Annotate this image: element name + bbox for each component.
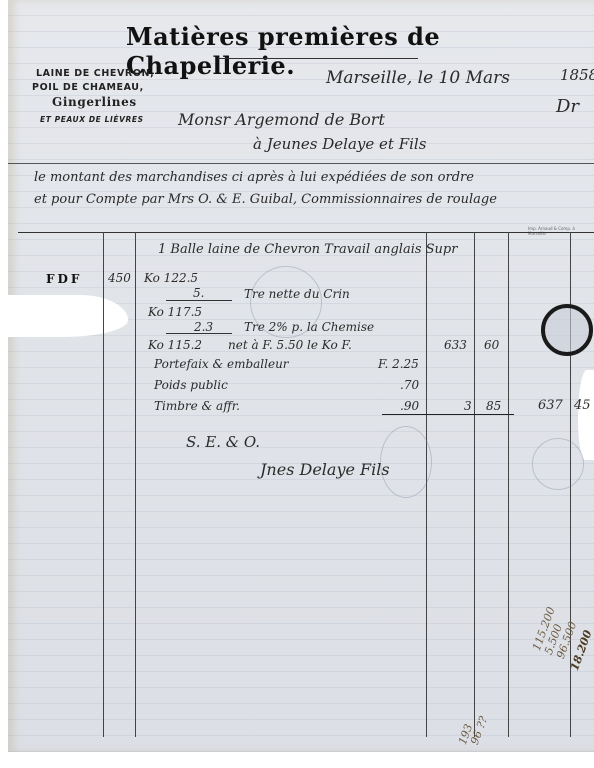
product-2: POIL DE CHAMEAU, bbox=[32, 82, 144, 93]
qty: 2.3 bbox=[194, 320, 213, 334]
col-line bbox=[103, 232, 104, 737]
note: Tre 2% p. la Chemise bbox=[244, 320, 374, 334]
product-1: LAINE DE CHEVRON, bbox=[36, 68, 154, 79]
note: net à F. 5.50 le Ko F. bbox=[228, 338, 352, 352]
closing: S. E. & O. bbox=[186, 433, 260, 451]
col-line bbox=[508, 232, 509, 737]
sum-rule bbox=[166, 333, 232, 334]
title-rule bbox=[218, 58, 418, 59]
charge-value: .90 bbox=[400, 399, 419, 413]
charge-label: Poids public bbox=[154, 378, 228, 392]
qty: Ko 115.2 bbox=[148, 338, 202, 352]
charge-value: F. 2.25 bbox=[378, 357, 419, 371]
body-line-2: et pour Compte par Mrs O. & E. Guibal, C… bbox=[34, 192, 497, 207]
col-line bbox=[474, 232, 475, 737]
qty: 5. bbox=[193, 286, 204, 300]
total-c: 45 bbox=[574, 398, 591, 413]
debit-mark: Dr bbox=[556, 96, 579, 117]
invoice-paper: Matières premières de Chapellerie. LAINE… bbox=[8, 0, 594, 752]
recipient: Monsr Argemond de Bort bbox=[178, 110, 385, 129]
mark: FDF bbox=[46, 272, 82, 286]
note: Tre nette du Crin bbox=[244, 287, 350, 301]
debtor: à Jeunes Delaye et Fils bbox=[253, 135, 426, 153]
header-rule bbox=[8, 163, 594, 164]
product-3: Gingerlines bbox=[52, 95, 137, 109]
wax-seal bbox=[541, 304, 593, 356]
sum-rule bbox=[382, 414, 514, 415]
signature: Jnes Delaye Fils bbox=[260, 460, 390, 479]
subtotal-c: 85 bbox=[486, 399, 501, 413]
product-4: ET PEAUX DE LIÈVRES bbox=[40, 115, 144, 124]
torn-edge-right bbox=[578, 370, 594, 460]
round-stamp bbox=[532, 438, 584, 490]
margin-note: 96 ?? bbox=[468, 714, 490, 746]
total-fr: 637 bbox=[538, 398, 563, 413]
charge-label: Portefaix & emballeur bbox=[154, 357, 289, 371]
bale-number: 450 bbox=[108, 271, 131, 285]
place-date: Marseille, le 10 Mars bbox=[326, 68, 510, 88]
description: 1 Balle laine de Chevron Travail anglais… bbox=[158, 242, 457, 257]
charge-label: Timbre & affr. bbox=[154, 399, 240, 413]
charge-value: .70 bbox=[400, 378, 419, 392]
body-line-1: le montant des marchandises ci après à l… bbox=[34, 170, 474, 185]
torn-edge bbox=[8, 295, 128, 337]
sum-rule bbox=[166, 300, 232, 301]
printer-credit: Imp. Arnaud & Comp. à Marseille bbox=[528, 226, 594, 236]
qty: Ko 122.5 bbox=[144, 271, 198, 285]
amount-c: 60 bbox=[484, 338, 499, 352]
col-line bbox=[135, 232, 136, 737]
year: 1858 bbox=[560, 66, 594, 84]
qty: Ko 117.5 bbox=[148, 305, 202, 319]
amount-fr: 633 bbox=[444, 338, 467, 352]
subtotal-fr: 3 bbox=[464, 399, 472, 413]
